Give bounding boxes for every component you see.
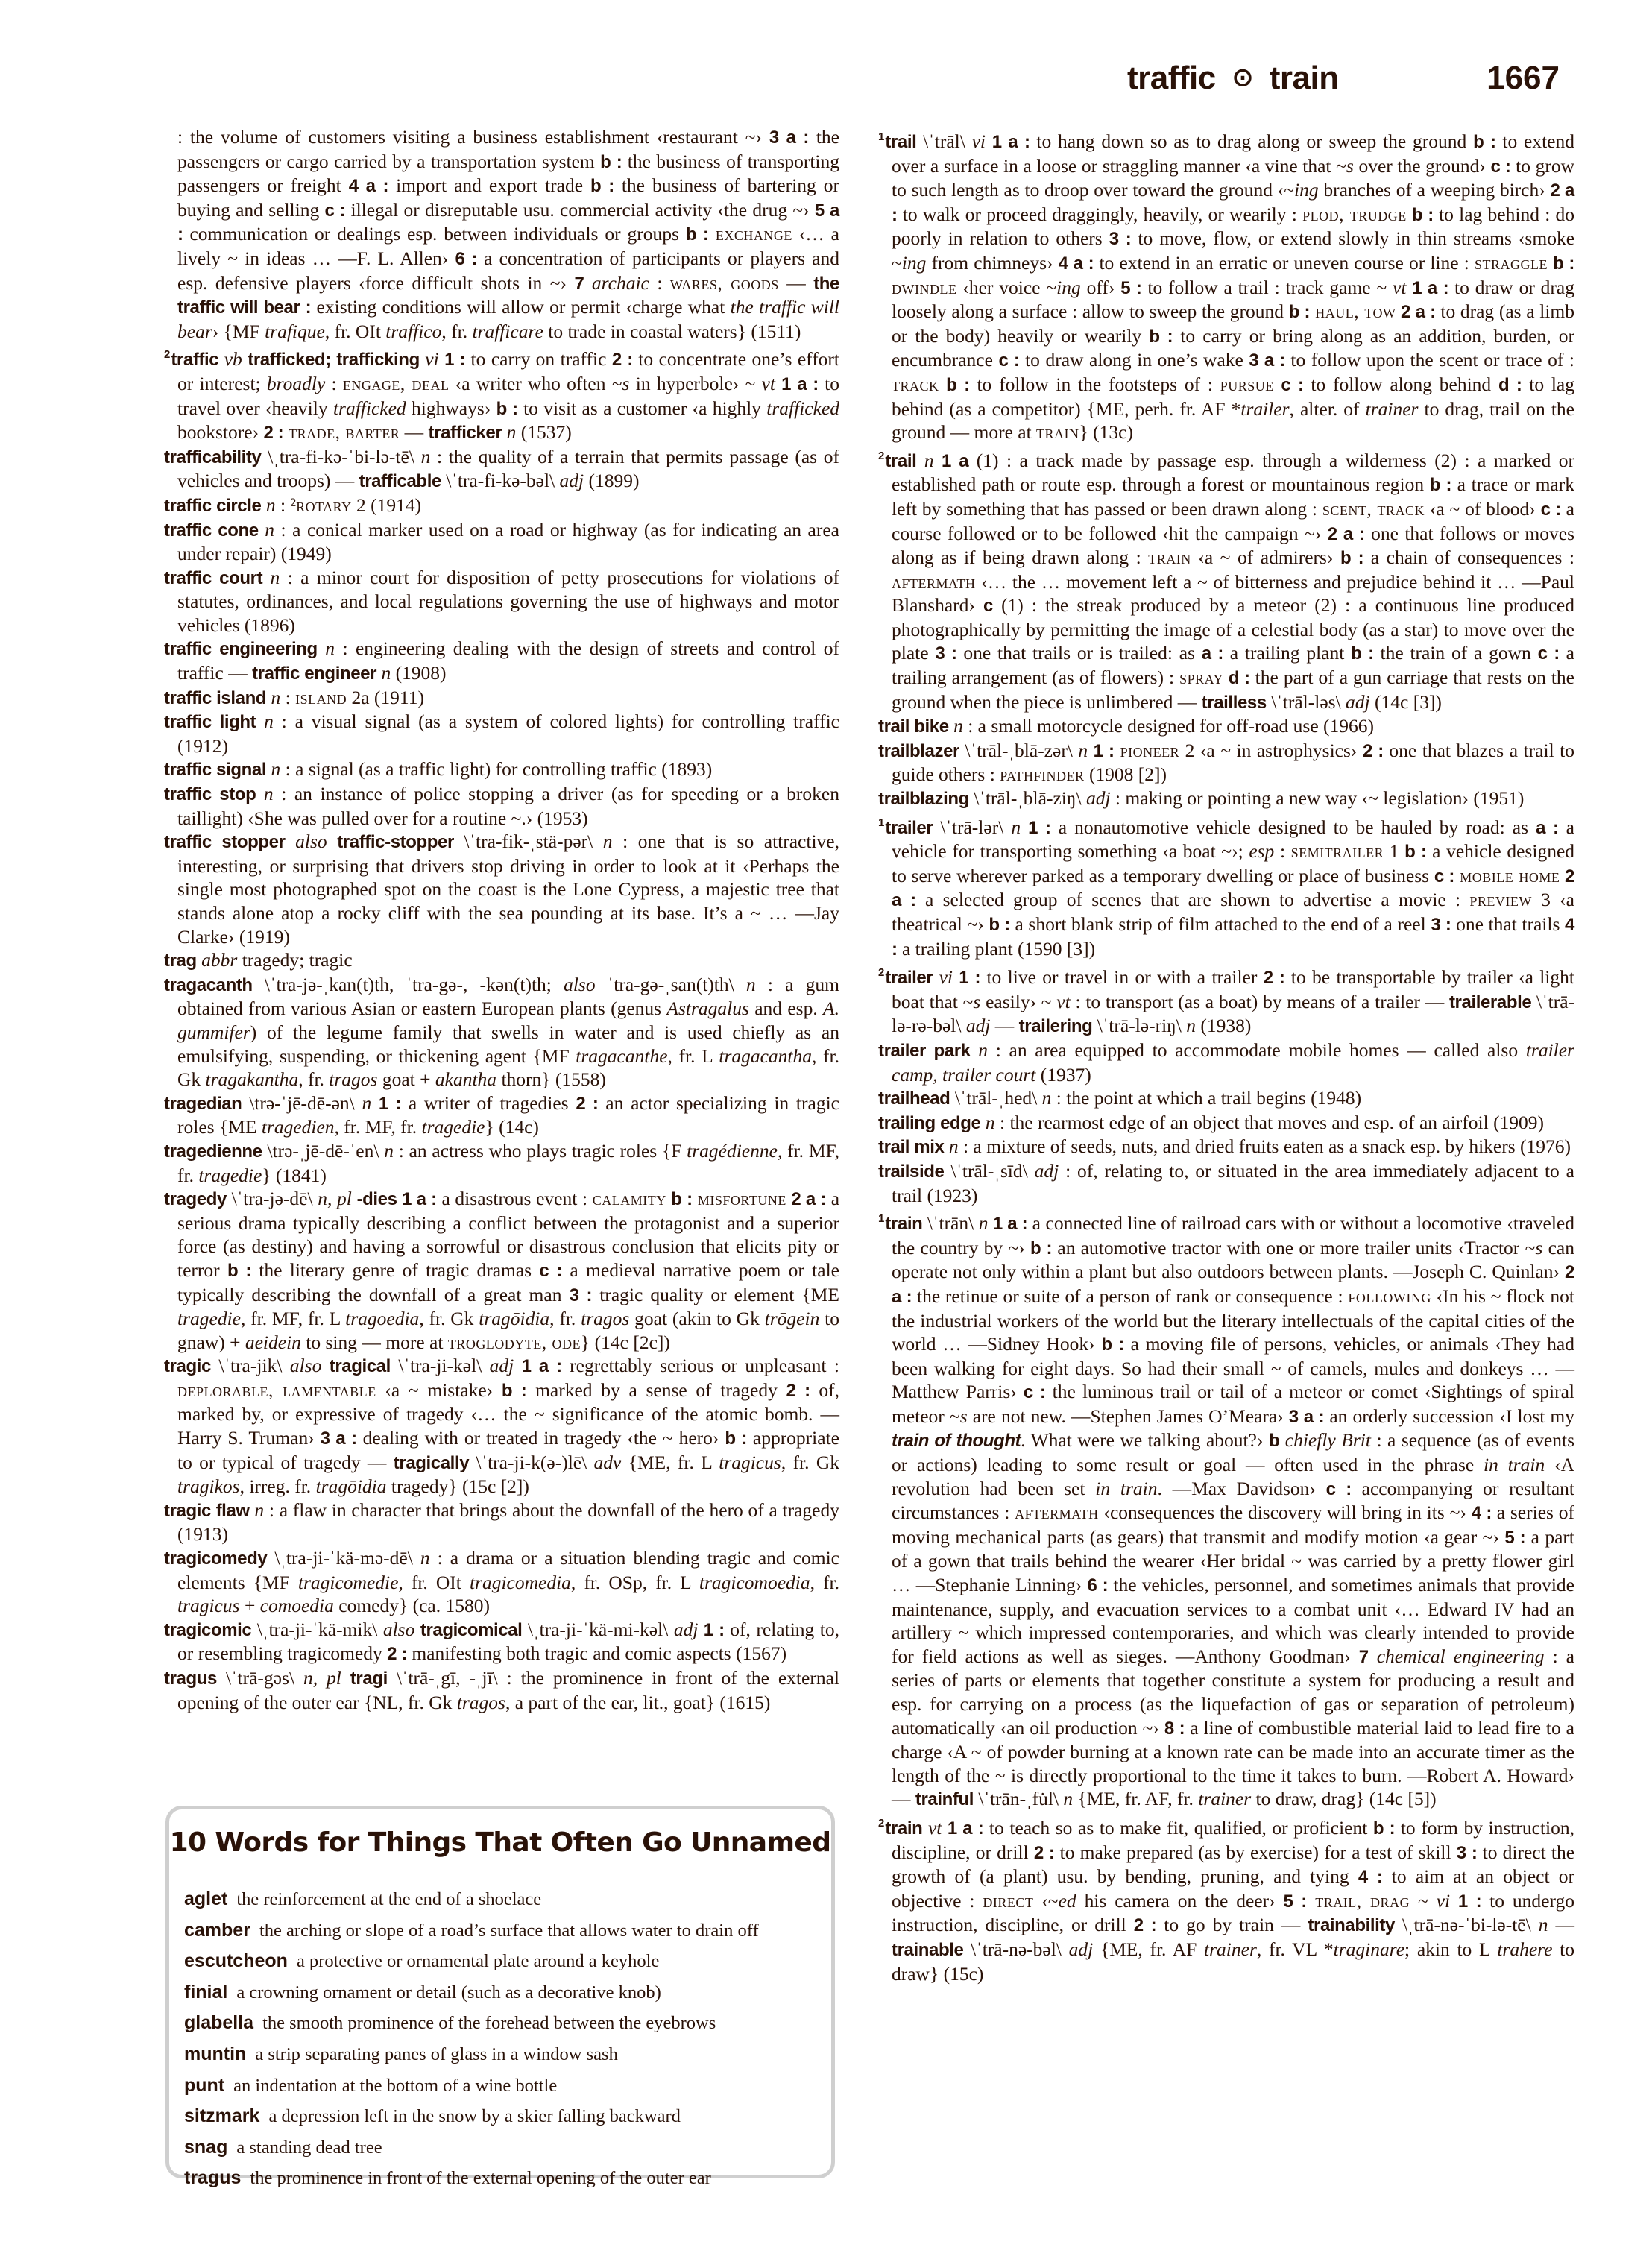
dictionary-entry: tragedy \ˈtra-jə-dē\ n, pl -dies 1 a : a… [164,1187,839,1354]
definition-text: : [280,687,295,708]
italic-text: tragicomedie [298,1572,399,1593]
definition-text: : a mixture of seeds, nuts, and dried fr… [959,1135,1571,1157]
italic-text: adj [1346,691,1370,713]
italic-text: n [502,421,516,443]
definition-text: goat + [377,1068,435,1090]
definition-text: ‹a ~ mistake› [376,1379,502,1401]
cross-reference: deplorable, lamentable [177,1379,376,1401]
italic-text: n, pl [318,1188,356,1209]
cross-reference: dwindle [892,277,956,298]
definition-text: ‹~ [1033,1890,1058,1912]
sense-number: c : [1541,500,1561,520]
sense-number: 3 a : [321,1428,357,1449]
italic-text: n [318,637,335,659]
sense-number: b : [502,1381,526,1401]
running-head: traffic⊙train 1667 [1127,60,1574,104]
sense-number: c : [1538,643,1560,664]
headword: tragic [164,1356,211,1376]
homograph-number: 2 [878,1817,884,1830]
sidebar-box: 10 Words for Things That Often Go Unname… [165,1806,835,2178]
sidebar-word-item: muntina strip separating panes of glass … [184,2039,825,2070]
italic-text: vt [922,1817,942,1839]
sense-number: 5 : [1284,1891,1307,1912]
sense-number: b : [1101,1335,1123,1355]
italic-text: vt [1056,991,1070,1012]
definition-text: (1937) [1035,1064,1091,1086]
italic-text: trainer [1366,398,1419,420]
definition-text: , fr. [298,1068,329,1090]
sense-number: 5 : [1120,278,1141,298]
italic-text: adv [594,1452,622,1473]
headword: trail bike [878,716,949,737]
sense-number: b : [686,224,709,245]
definition-text: , fr. Gk [781,1452,839,1473]
headword: tragacanth [164,975,253,995]
sense-number: 1 : [1021,818,1051,838]
sense-number: c : [1490,157,1510,177]
sidebar-word-item: puntan indentation at the bottom of a wi… [184,2070,825,2102]
dictionary-entry: trailing edge n : the rearmost edge of a… [878,1111,1574,1135]
headword: trainable [892,1940,963,1960]
definition-text: , fr. MF, fr. [335,1116,422,1138]
definition-text: \ˌtrā-nə-ˈbi-lə-tē\ [1395,1914,1539,1935]
sense-number: 2 a : [786,1189,826,1209]
homograph-number: 2 [164,348,170,361]
dictionary-entry: traffic island n : island 2a (1911) [164,686,839,711]
italic-text: in train [1095,1478,1157,1499]
headword: trailblazing [878,789,969,809]
sense-number: d : [1498,375,1522,395]
definition-text: to follow in the footsteps of : [970,374,1220,395]
headword: trailhead [878,1088,950,1109]
sense-number: b : [227,1261,251,1281]
sense-number: 2 : [1034,1843,1055,1863]
sidebar-word-item: escutcheona protective or ornamental pla… [184,1946,825,1977]
italic-text: trailer [1240,398,1289,420]
definition-text: } (1841) [262,1165,327,1186]
sense-number: c [983,596,993,616]
sense-number: 2 : [263,423,283,443]
italic-text: n [261,494,275,516]
definition-text: } (14c [2c]) [581,1332,670,1353]
sense-number: 4 : [1472,1503,1492,1523]
sense-number: 1 : [698,1620,724,1640]
italic-text: s [1346,155,1354,177]
dictionary-entry: trailblazer \ˈtrāl-ˌblā-zər\ n 1 : pione… [878,739,1574,787]
headword: tragedy [164,1189,227,1209]
italic-text: tragédienne [687,1140,778,1162]
definition-text: ; akin to L [1404,1938,1497,1960]
definition-text: + [240,1595,260,1616]
italic-text: trōgein [765,1308,820,1329]
italic-text: vt [1393,277,1406,298]
sense-number: 1 a : [988,1214,1027,1234]
definition-text: \ˈtra-ji-kəl\ [391,1355,490,1376]
definition-text: , fr. L [668,1045,719,1067]
sense-number: 1 : [444,350,465,370]
definition-text: \trə-ˈjē-dē-ən\ [242,1092,362,1114]
definition-text: to follow a trail : track game ~ [1142,277,1393,298]
definition-text: , fr. [549,1308,581,1329]
sense-number: 3 a : [769,127,809,148]
italic-text: also [290,1355,330,1376]
definition-text: \ˈtra-fik-ˌstä-pər\ [454,831,603,852]
definition-text: \ˈtrān-ˌfu̇l\ [974,1788,1063,1809]
definition-text: an orderly succession ‹I lost my [1324,1405,1574,1427]
definition-text: dealing with or treated in tragedy ‹the … [357,1427,725,1449]
italic-text: n [420,1547,430,1569]
definition-text: \ˈtrāl-ləs\ [1267,691,1346,713]
dictionary-entry: traffic light n : a visual signal (as a … [164,710,839,757]
cross-reference: aftermath [892,571,976,593]
dictionary-entry: trailhead \ˈtrāl-ˌhed\ n : the point at … [878,1086,1574,1111]
sidebar-box-title: 10 Words for Things That Often Go Unname… [169,1827,831,1858]
headword: tragical [330,1356,391,1376]
definition-text: , fr. MF, fr. L [241,1308,345,1329]
headword: traffic cone [164,520,259,541]
sense-number: 2 : [612,350,633,370]
italic-text: traffico [385,321,441,342]
sense-number: 1 a [934,451,969,471]
italic-text: adj [490,1355,514,1376]
dictionary-entry: traffic engineering n : engineering deal… [164,637,839,685]
definition-text: \ˈtrāl\ [916,130,971,152]
cross-reference: rotary [296,494,352,516]
definition-text: manifesting both tragic and comic aspect… [407,1642,786,1664]
headword: traffic engineer [252,664,376,684]
definition-text: } (14c) [485,1116,539,1138]
definition-text: , fr. OIt [398,1572,470,1593]
cross-reference: direct [983,1890,1033,1912]
headword: trafficked; trafficking [248,350,420,370]
dictionary-entry: tragacanth \ˈtra-jə-ˌkan(t)th, ˈtra-gə-,… [164,973,839,1091]
sense-number: b [1269,1431,1279,1451]
italic-text: s [1535,1237,1542,1258]
homograph-number: 2 [878,966,884,979]
definition-text: ‹her voice ~ [956,277,1056,298]
sense-number: 3 a : [1249,350,1284,371]
definition-text: : a conical marker used on a road or hig… [177,519,839,565]
sense-number: 2 a : [1328,524,1365,544]
left-column: : the volume of customers visiting a bus… [164,125,839,1714]
italic-text: tragacanthe [576,1045,667,1067]
sense-number: d : [1223,668,1250,688]
sense-number: b : [1407,205,1434,225]
headword: -dies [357,1189,397,1209]
sidebar-word: snag [184,2137,227,2158]
dictionary-entry: trail bike n : a small motorcycle design… [878,714,1574,739]
sidebar-definition: the reinforcement at the end of a shoela… [236,1889,541,1909]
sense-number: 8 : [1164,1718,1185,1739]
definition-text: goat (akin to Gk [629,1308,764,1329]
sidebar-definition: the prominence in front of the external … [250,2168,710,2188]
definition-text: : the volume of customers visiting a bus… [177,126,769,148]
definition-text: ‹consequences the discovery will bring i… [1099,1502,1472,1523]
sidebar-definition: the smooth prominence of the forehead be… [262,2013,716,2033]
definition-text: the retinue or suite of a person of rank… [912,1285,1348,1307]
headword: tragicomedy [164,1548,267,1569]
italic-text: trafficked [766,397,839,419]
definition-text: \ˈtrā-lər\ [933,816,1011,838]
sense-number: b : [1373,1818,1395,1839]
headword: trailblazer [878,741,959,761]
definition-text: ‹a ~ of admirers› [1191,546,1340,568]
definition-text: and esp. [749,998,823,1019]
sense-number: a : [1202,643,1223,664]
italic-text: tragikos [177,1475,240,1497]
italic-text: comoedia [260,1595,334,1616]
definition-text: : [325,373,343,394]
sense-number: b : [666,1189,693,1209]
italic-text: akantha [435,1068,496,1090]
italic-text: tragicus [177,1595,240,1616]
definition-text: \ˌtra-fi-kə-ˈbi-lə-tē\ [261,446,420,467]
definition-text: bookstore› [177,421,263,443]
headword: trailer [885,818,933,838]
definition-text: existing conditions will allow or permit… [311,296,730,318]
italic-text: tragos [457,1692,505,1713]
italic-text: vi [972,130,986,152]
italic-text: n [603,831,613,852]
definition-text: \ˌtra-ji-ˈkä-mə-dē\ [267,1547,420,1569]
definition-text: {ME, fr. L [621,1452,719,1473]
definition-text: communication or dealings esp. between i… [183,223,686,245]
definition-text: } (13c) [1079,421,1133,443]
definition-text: , fr. Gk [419,1308,479,1329]
headword: trail [885,451,916,471]
sidebar-word-item: agletthe reinforcement at the end of a s… [184,1884,825,1915]
headword: trailer [885,968,933,988]
italic-text: trafique [265,321,325,342]
definition-text: regrettably serious or unpleasant : [562,1355,839,1376]
italic-text: trahere [1497,1938,1552,1960]
cross-reference: following [1348,1285,1431,1307]
italic-text: trafficare [472,321,543,342]
italic-text: broadly [267,373,325,394]
definition-text: to teach so as to make fit, qualified, o… [983,1817,1373,1839]
definition-text: to go by train — [1156,1914,1308,1935]
sidebar-word-item: snaga standing dead tree [184,2132,825,2164]
definition-text: (1537) [516,421,571,443]
definition-text: to draw, drag} (14c [5]) [1251,1788,1437,1809]
definition-text: a writer of tragedies [401,1092,576,1114]
italic-text: s [622,373,630,394]
definition-text: from chimneys› [926,252,1058,274]
dictionary-entry: 2train vt 1 a : to teach so as to make f… [878,1812,1574,1985]
sense-number: c : [1024,1382,1046,1402]
sidebar-definition: a standing dead tree [236,2137,382,2158]
dictionary-entry: tragicomic \ˌtra-ji-ˈkä-mik\ also tragic… [164,1618,839,1666]
headword: traffic stopper [164,832,286,852]
headword: tragically [394,1453,469,1473]
definition-text: › {MF [212,321,265,342]
italic-text: trainer [1204,1938,1257,1960]
sense-number: c : [999,350,1020,371]
italic-text: n [256,711,274,732]
headword: traffic [171,350,218,370]
definition-text: to walk or proceed draggingly, heavily, … [898,204,1303,225]
definition-text: a disastrous event : [437,1188,593,1209]
italic-text: archaic [584,272,649,294]
italic-text: ing [1056,277,1081,298]
headword: trafficable [359,471,441,491]
dictionary-entry: traffic circle n : ²rotary 2 (1914) [164,494,839,518]
dictionary-entry: 2trailer vi 1 : to live or travel in or … [878,961,1574,1039]
sense-number: 2 : [1363,741,1384,761]
italic-text: tragacantha [719,1045,812,1067]
italic-text: trainer [1198,1788,1251,1809]
definition-text: \trə-ˌjē-dē-ˈen\ [262,1140,385,1162]
italic-text: n [949,715,963,737]
definition-text: off› [1081,277,1120,298]
headword: traffic engineering [164,639,318,659]
italic-text: tragicus [719,1452,781,1473]
definition-text: one that trails or is trailed: as [957,642,1202,664]
headword: tragedienne [164,1141,262,1162]
italic-text: n [362,1092,372,1114]
definition-text: : the point at which a trail begins (194… [1051,1087,1361,1109]
italic-text: tragicomedia [470,1572,571,1593]
headword: tragedian [164,1094,242,1114]
sense-number: c : [1434,866,1454,886]
definition-text: : to transport (as a boat) by means of a… [1071,991,1449,1012]
italic-text: n [1042,1087,1052,1109]
sidebar-word: punt [184,2075,224,2096]
definition-text: thorn} (1558) [496,1068,606,1090]
guide-words: traffic⊙train [1127,60,1339,97]
italic-text: esp [1249,840,1274,862]
definition-text: (1908 [2]) [1085,763,1167,785]
sense-number: 2 a : [1396,302,1435,322]
definition-text: marked by a sense of tragedy [526,1379,786,1401]
sense-number: c : [1274,375,1304,395]
dictionary-entry: traffic stop n : an instance of police s… [164,782,839,830]
sense-number: 1 a : [397,1189,437,1209]
definition-text: \ˈtrāl-ˌsīd\ [944,1160,1034,1182]
definition-text: \ˈtra-ji-k(ə-)lē\ [469,1452,593,1473]
definition-text: 2 (1914) [352,494,421,516]
definition-text: the train of a gown [1374,642,1538,664]
italic-text: ed [1059,1890,1076,1912]
cross-reference: trail, drag [1307,1890,1410,1912]
italic-text: n [746,974,756,995]
italic-text: aeidein [245,1332,301,1353]
italic-text: n [1063,1788,1073,1809]
definition-text: a trailing plant (1590 [3]) [898,938,1096,960]
sense-number: 1 a : [1406,278,1448,298]
definition-text: over the ground› [1354,155,1491,177]
sense-number: 3 : [1457,1843,1478,1863]
italic-text: n [256,783,273,804]
definition-text: to carry on traffic [465,348,612,370]
cross-reference: aftermath [1015,1502,1099,1523]
definition-text: (1899) [584,470,639,491]
sense-number: 1 : [1450,1891,1481,1912]
sense-number: 1 : [1088,741,1114,761]
headword: traffic court [164,568,262,588]
sense-number: b : [1548,253,1574,274]
sense-number: c : [539,1261,562,1281]
definition-text: ‹a writer who often ~ [449,373,622,394]
sidebar-word: tragus [184,2167,241,2188]
bold-italic-phrase: train of thought [892,1431,1021,1451]
sense-number: b : [600,152,622,172]
sense-number: 4 : [1358,1867,1383,1887]
definition-text: (1938) [1196,1015,1251,1036]
headword: trafficability [164,447,261,467]
headword: trailer park [878,1041,971,1061]
definition-text: the literary genre of tragic dramas [251,1259,539,1281]
definition-text: , fr. OIt [325,321,385,342]
definition-text: : a visual signal (as a system of colore… [177,711,839,757]
dictionary-entry: tragic \ˈtra-jik\ also tragical \ˈtra-ji… [164,1354,839,1499]
definition-text: ~ [1410,1890,1437,1912]
italic-text: n [376,662,391,684]
dictionary-entry: trafficability \ˌtra-fi-kə-ˈbi-lə-tē\ n … [164,445,839,494]
definition-text: a short blank strip of film attached to … [1010,913,1431,935]
definition-text: : an area equipped to accommodate mobile… [988,1039,1526,1061]
definition-text: — [1548,1914,1574,1935]
definition-text: — [400,421,428,443]
cross-reference: island [295,687,347,708]
definition-text: : an actress who plays tragic roles {F [394,1140,687,1162]
cross-reference: pioneer [1115,740,1180,761]
sidebar-word: aglet [184,1888,227,1909]
cross-reference: troglodyte, ode [448,1332,581,1353]
sense-number: b : [1404,842,1426,862]
entry-continuation: : the volume of customers visiting a bus… [164,125,839,343]
definition-text: , a part of the ear, lit., goat} (1615) [505,1692,770,1713]
definition-text: : a small motorcycle designed for off-ro… [963,715,1374,737]
definition-text: . What were we talking about?› [1021,1429,1269,1451]
italic-text: tragos [329,1068,377,1090]
italic-text: chiefly Brit [1279,1429,1371,1451]
definition-text: to trade in coastal waters} (1511) [543,321,801,342]
italic-text: tragakantha [206,1068,299,1090]
sense-number: 2 : [576,1094,598,1114]
italic-text: n [262,567,280,588]
italic-text: tragos [581,1308,629,1329]
sidebar-word-item: sitzmarka depression left in the snow by… [184,2101,825,2132]
italic-text: adj [1035,1160,1059,1182]
sense-number: b : [939,375,970,395]
dictionary-entry: trailside \ˈtrāl-ˌsīd\ adj : of, relatin… [878,1159,1574,1207]
definition-text: comedy} (ca. 1580) [334,1595,490,1616]
definition-text: , fr. [810,1572,839,1593]
sense-number: 1 a : [942,1818,983,1839]
italic-text: chemical engineering [1369,1645,1545,1667]
first-guide-word: traffic [1127,60,1216,96]
headword: tragic flaw [164,1501,250,1521]
sense-number: b : [1430,475,1451,495]
dictionary-entry: traffic signal n : a signal (as a traffi… [164,757,839,782]
cross-reference: straggle [1475,252,1548,274]
homograph-number: 2 [878,450,884,462]
headword: trainful [915,1789,974,1809]
sidebar-word-item: camberthe arching or slope of a road’s s… [184,1915,825,1947]
definition-text: are not new. —Stephen James O’Meara› [968,1405,1289,1427]
dictionary-entry: trail mix n : a mixture of seeds, nuts, … [878,1135,1574,1159]
definition-text: \ˈtrā-lə-riŋ\ [1092,1015,1186,1036]
definition-text: to follow along behind [1304,374,1498,395]
italic-text: n [1186,1015,1196,1036]
definition-text: 2a (1911) [347,687,424,708]
definition-text: his camera on the deer› [1076,1890,1284,1912]
definition-text: : [649,272,670,294]
sense-number: b : [1473,132,1496,152]
definition-text: (14c [3]) [1370,691,1442,713]
headword: trail mix [878,1137,944,1157]
